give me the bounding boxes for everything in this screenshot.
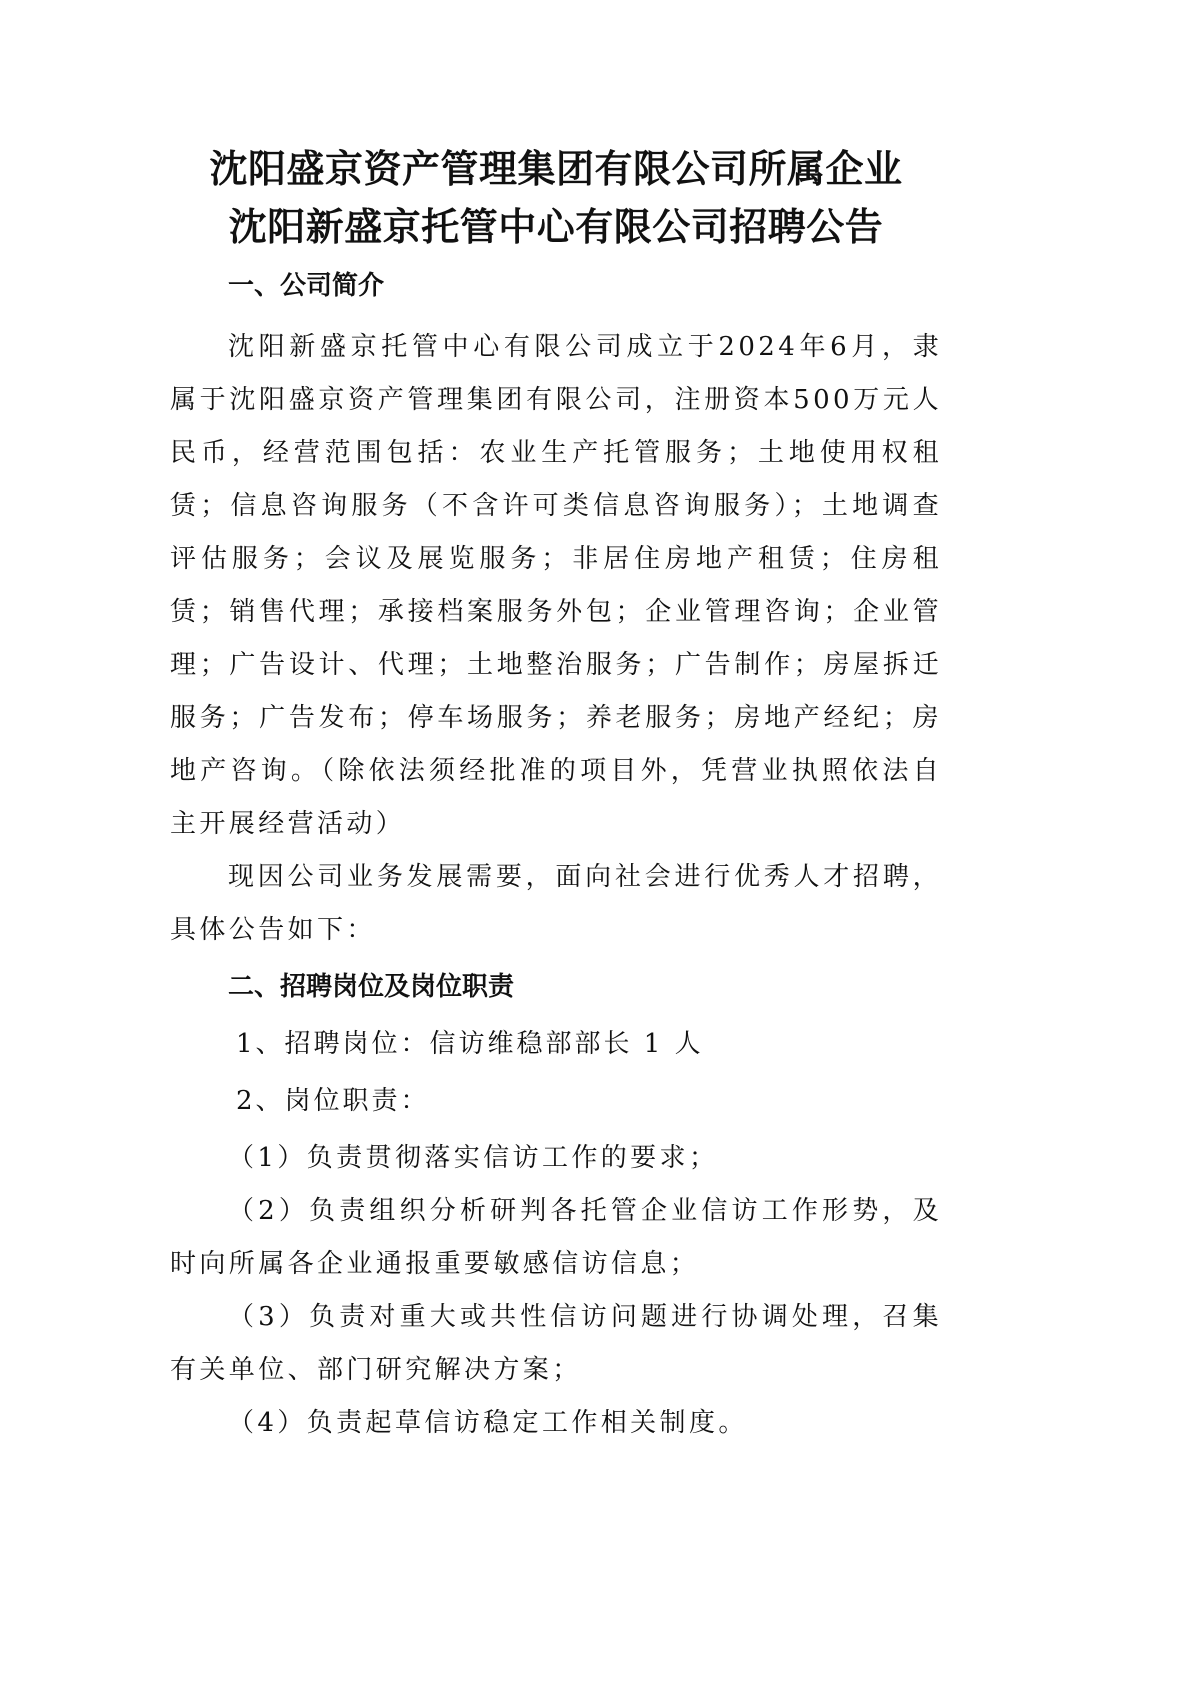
document-title: 沈阳盛京资产管理集团有限公司所属企业 沈阳新盛京托管中心有限公司招聘公告: [158, 140, 954, 256]
title-line-1: 沈阳盛京资产管理集团有限公司所属企业: [158, 140, 954, 198]
company-description-paragraph: 沈阳新盛京托管中心有限公司成立于2024年6月，隶属于沈阳盛京资产管理集团有限公…: [170, 321, 942, 851]
duty-item: （3）负责对重大或共性信访问题进行协调处理，召集有关单位、部门研究解决方案；: [170, 1291, 942, 1397]
section-heading: 一、公司简介: [170, 260, 942, 313]
duty-item: （4）负责起草信访稳定工作相关制度。: [170, 1397, 942, 1450]
section-company-intro: 一、公司简介 沈阳新盛京托管中心有限公司成立于2024年6月，隶属于沈阳盛京资产…: [170, 260, 942, 957]
title-line-2: 沈阳新盛京托管中心有限公司招聘公告: [158, 198, 954, 256]
section-heading: 二、招聘岗位及岗位职责: [170, 961, 942, 1014]
duty-item: （1）负责贯彻落实信访工作的要求；: [170, 1132, 942, 1185]
position-item: 1、招聘岗位：信访维稳部部长 1 人: [170, 1018, 942, 1071]
section-positions-duties: 二、招聘岗位及岗位职责 1、招聘岗位：信访维稳部部长 1 人 2、岗位职责： （…: [170, 961, 942, 1450]
duty-item: （2）负责组织分析研判各托管企业信访工作形势，及时向所属各企业通报重要敏感信访信…: [170, 1185, 942, 1291]
duties-label: 2、岗位职责：: [170, 1075, 942, 1128]
recruitment-intro-paragraph: 现因公司业务发展需要，面向社会进行优秀人才招聘，具体公告如下：: [170, 851, 942, 957]
document-page: 沈阳盛京资产管理集团有限公司所属企业 沈阳新盛京托管中心有限公司招聘公告 一、公…: [170, 140, 942, 1450]
